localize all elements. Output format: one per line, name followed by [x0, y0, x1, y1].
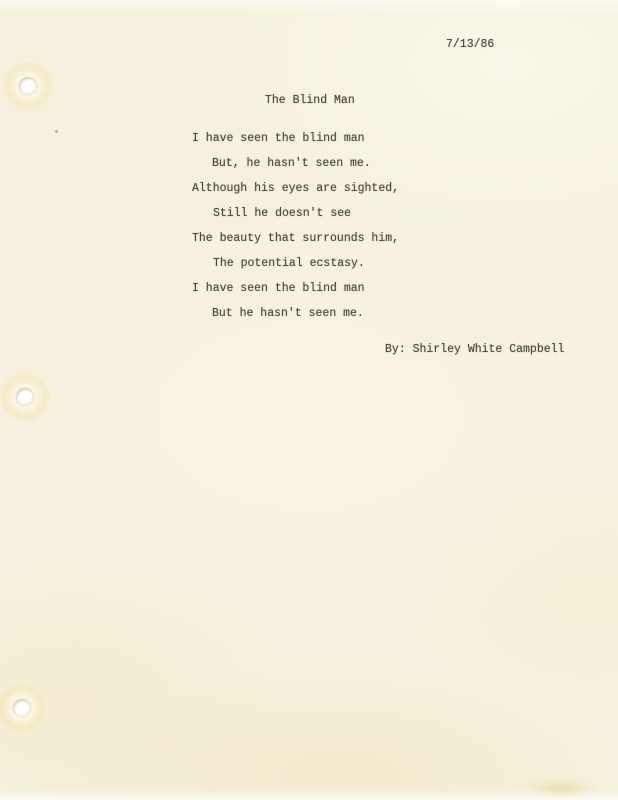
poem-line-5: The beauty that surrounds him,	[192, 232, 399, 246]
scan-edge-top	[0, 0, 618, 13]
poem-line-3: Although his eyes are sighted,	[192, 182, 399, 196]
poem-line-7: I have seen the blind man	[192, 282, 365, 296]
poem-line-8: But he hasn't seen me.	[212, 307, 364, 321]
typed-date: 7/13/86	[446, 38, 494, 52]
punch-hole-top	[2, 61, 54, 113]
poem-line-2: But, he hasn't seen me.	[212, 157, 371, 171]
paper-speck	[55, 130, 58, 133]
poem-line-1: I have seen the blind man	[192, 132, 365, 146]
poem-line-6: The potential ecstasy.	[213, 257, 365, 271]
scanned-paper-page: 7/13/86 The Blind Man I have seen the bl…	[0, 0, 618, 800]
poem-title: The Blind Man	[265, 94, 355, 108]
poem-line-4: Still he doesn't see	[213, 207, 351, 221]
poem-byline: By: Shirley White Campbell	[385, 343, 564, 357]
paper-stain-bottom-right	[522, 778, 600, 798]
punch-hole-bottom	[0, 683, 48, 735]
punch-hole-middle	[0, 372, 51, 424]
